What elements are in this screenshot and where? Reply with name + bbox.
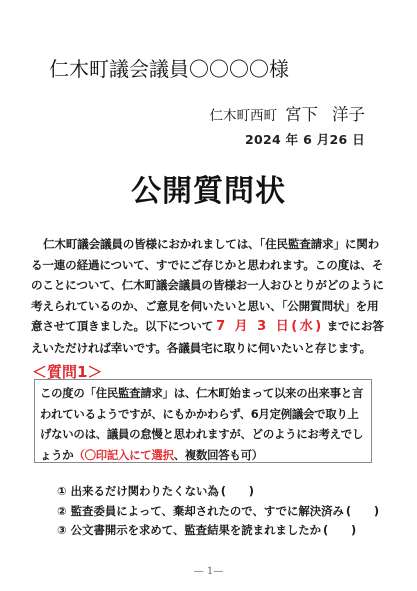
answer-option-3[interactable]: ③公文書開示を求めて、監査結果を読まれましたか( ) bbox=[57, 521, 379, 541]
option-number: ② bbox=[57, 504, 67, 518]
sender-address: 仁木町西町 bbox=[210, 108, 278, 124]
document-page: 仁木町議会議員〇〇〇〇様 仁木町西町宮下洋子 2024 年 6 月26 日 公開… bbox=[0, 0, 417, 591]
option-number: ③ bbox=[57, 523, 67, 537]
option-label: 監査委員によって、棄却されたので、すでに解決済み bbox=[71, 504, 344, 518]
option-label: 公文書開示を求めて、監査結果を読まれましたか bbox=[71, 523, 321, 537]
option-blank[interactable]: ( ) bbox=[323, 523, 356, 537]
question-1-instruction-suffix: 、複数回答も可） bbox=[174, 448, 263, 462]
option-number: ① bbox=[57, 484, 67, 498]
page-number: — 1— bbox=[0, 566, 417, 577]
question-1-instruction: （〇印記入にて選択 bbox=[73, 448, 173, 462]
intro-paragraph: 仁木町議会議員の皆様におかれましては、「住民監査請求」に関わる一連の経過について… bbox=[31, 234, 387, 358]
sender-given-name: 洋子 bbox=[332, 105, 365, 124]
document-title: 公開質問状 bbox=[0, 166, 417, 210]
answer-option-1[interactable]: ①出来るだけ関わりたくない為( ) bbox=[57, 482, 379, 502]
answer-options: ①出来るだけ関わりたくない為( ) ②監査委員によって、棄却されたので、すでに解… bbox=[57, 482, 379, 541]
sender-family-name: 宮下 bbox=[285, 105, 318, 124]
question-1-box: この度の「住民監査請求」は、仁木町始まって以来の出来事と言われているようですが、… bbox=[34, 379, 372, 463]
option-blank[interactable]: ( ) bbox=[221, 484, 254, 498]
option-label: 出来るだけ関わりたくない為 bbox=[71, 484, 219, 498]
letter-date: 2024 年 6 月26 日 bbox=[245, 130, 365, 148]
deadline-date: 7 月 3 日(水) bbox=[216, 319, 324, 334]
answer-option-2[interactable]: ②監査委員によって、棄却されたので、すでに解決済み( ) bbox=[57, 502, 379, 522]
addressee-line: 仁木町議会議員〇〇〇〇様 bbox=[49, 53, 289, 82]
sender-line: 仁木町西町宮下洋子 bbox=[210, 101, 366, 125]
option-blank[interactable]: ( ) bbox=[346, 504, 379, 518]
